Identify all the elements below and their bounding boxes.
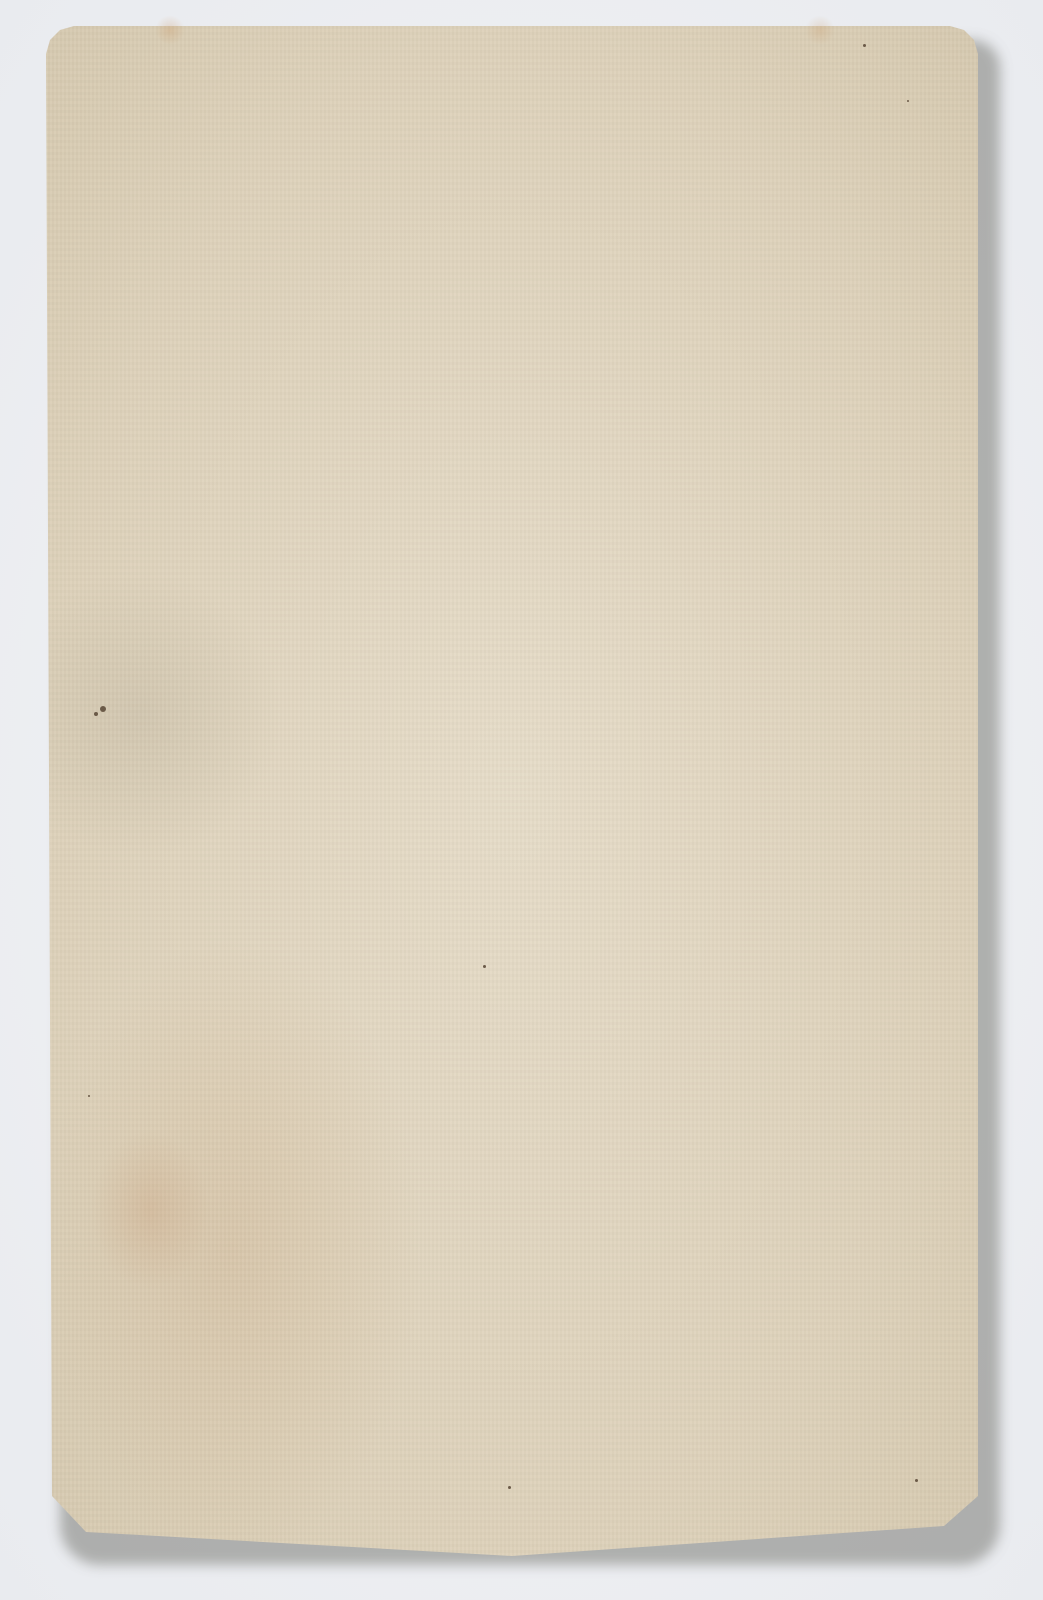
stain-mark [90, 1130, 210, 1290]
foxing-spot [907, 100, 909, 102]
foxing-spot [915, 1479, 918, 1482]
foxing-spot [863, 44, 866, 47]
foxing-spot [100, 706, 106, 712]
foxing-spot [508, 1486, 511, 1489]
paper-texture [46, 26, 978, 1556]
aged-card [46, 26, 978, 1556]
foxing-spot [88, 1095, 90, 1097]
foxing-spot [483, 965, 486, 968]
stain-mark [155, 15, 185, 45]
stain-mark [805, 15, 835, 45]
foxing-spot [94, 712, 98, 716]
